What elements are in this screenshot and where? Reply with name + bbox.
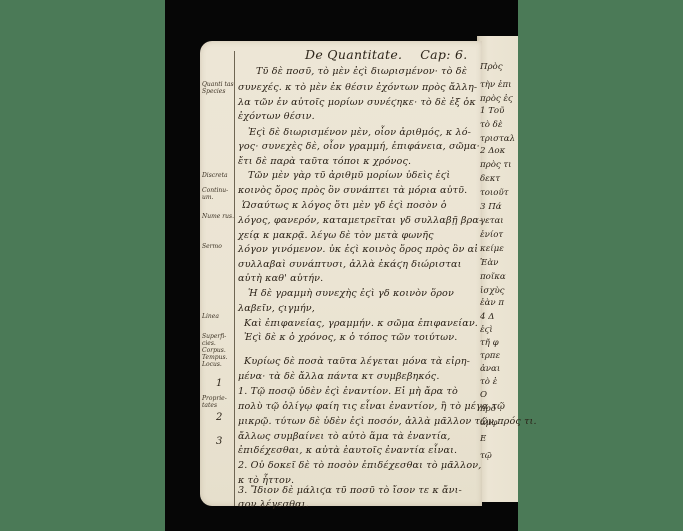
text-line: συλλαβαὶ συνάπτυσι, ἀλλὰ ἑκάϛη διώρισται [238, 259, 462, 270]
text-line: Τῶν μὲν γὰρ τῦ ἀριθμῦ μορίων ὐδεὶς ἐϛὶ [248, 170, 450, 181]
margin-note: Proprie­ tates [202, 395, 234, 409]
facing-text-line: κείμε [480, 244, 516, 254]
facing-text-line: Πρὸς [480, 62, 516, 72]
heading-title: De Quantitate. [305, 47, 402, 62]
margin-note: Superfi­ cies. Corpus. Tempus. Locus. [202, 333, 234, 368]
text-line: Ἐϛὶ δὲ κ ὁ χρόνος, κ ὁ τόπος τῶν τοιύτων… [244, 332, 457, 343]
facing-text-line: Ο [480, 390, 516, 400]
text-line: 2. Οὐ δοκεῖ δὲ τὸ ποσὸν ἐπιδέχεσθαι τὸ μ… [238, 460, 481, 471]
margin-rule [234, 51, 235, 506]
facing-text-line: ἐὰν π [480, 298, 516, 308]
margin-note: Sermo [202, 243, 234, 250]
text-line: Ἡ δὲ γραμμὴ συνεχὴς ἐϛὶ γδ κοινὸν ὅρον [248, 288, 454, 299]
text-line: λαβεῖν, ϛιγμήν, [238, 303, 315, 314]
page-heading: De Quantitate.Cap: 6. [305, 47, 468, 62]
text-line: σον λέγεσθαι. [238, 499, 309, 510]
text-line: ἄλλως συμβαίνει τὸ αὐτὸ ἅμα τὰ ἐναντία, [238, 431, 450, 442]
facing-text-line: ἰσχὺς [480, 286, 516, 296]
text-line: κοινὸς ὅρος πρὸς ὃν συνάπτει τὰ μόρια αὐ… [238, 185, 467, 196]
facing-text-line: τὸ δὲ [480, 120, 516, 130]
manuscript-page: De Quantitate.Cap: 6. Quanti­ tas Specie… [200, 41, 482, 506]
margin-note: Nume­ rus. [202, 213, 234, 220]
facing-text-line: τρισταλ [480, 134, 516, 144]
facing-text-line: ἐϛὶ [480, 325, 516, 335]
margin-note: Quanti­ tas Species [202, 81, 234, 95]
text-line: πολὺ τῷ ὀλίγῳ φαίη τις εἶναι ἐναντίον, ἢ… [238, 401, 505, 412]
text-line: Τῦ δὲ ποσῦ, τὸ μὲν ἐϛὶ διωρισμένον· τὸ δ… [256, 66, 467, 77]
text-line: μένα· τὰ δὲ ἄλλα πάντα κτ συμβεβηκός. [238, 371, 440, 382]
text-line: Κυρίως δὲ ποσὰ ταῦτα λέγεται μόνα τὰ εἰρ… [244, 356, 470, 367]
facing-text-line: 2 Δοκ [480, 146, 516, 156]
facing-text-line: πρὸς ἐϛ [480, 94, 516, 104]
text-line: Ἐϛὶ δὲ διωρισμένον μὲν, οἷον ἀριθμός, κ … [248, 127, 471, 138]
facing-text-line: Ε [480, 434, 516, 444]
facing-text-line: τρπε [480, 351, 516, 361]
facing-text-line: γεται [480, 216, 516, 226]
text-line: γος· συνεχὲς δὲ, οἷον γραμμή, ἐπιφάνεια,… [238, 141, 480, 152]
margin-note: Discreta [202, 172, 234, 179]
text-line: λόγος, φανερόν, καταμετρεῖται γδ συλλαβῇ… [238, 215, 482, 226]
margin-number: 3 [216, 436, 222, 447]
text-line: συνεχές. κ τὸ μὲν ἐκ θέσιν ἐχόντων πρὸς … [238, 82, 477, 93]
facing-text-line: τῆ φ [480, 338, 516, 348]
heading-chapter: Cap: 6. [420, 47, 467, 62]
margin-note: Linea [202, 313, 234, 320]
facing-text-line: τῷ [480, 451, 516, 461]
text-line: ἔτι δὲ παρὰ ταῦτα τόποι κ χρόνος. [238, 156, 411, 167]
text-line: ἐπιδέχεσθαι, κ αὐτὰ ἑαυτοῖς ἐναντία εἶνα… [238, 445, 457, 456]
text-line: λόγον γινόμενον. ὐκ ἐϛὶ κοινὸς ὅρος πρὸς… [238, 244, 478, 255]
facing-text-line: δεκτ [480, 174, 516, 184]
text-line: ἐχόντων θέσιν. [238, 111, 315, 122]
text-line: λα τῶν ἐν αὐτοῖς μορίων συνέϛηκε· τὸ δὲ … [238, 97, 476, 108]
facing-text-line: Ἐὰν [480, 258, 516, 268]
facing-text-line: 1 Τοῦ [480, 106, 516, 116]
text-line: Καὶ ἐπιφανείας, γραμμήν. κ σῶμα ἐπιφανεί… [244, 318, 478, 329]
facing-text-line: πρὸς τι [480, 160, 516, 170]
facing-text-line: 4 Δ [480, 312, 516, 322]
facing-text-line: 3 Πά [480, 202, 516, 212]
margin-number: 1 [216, 378, 222, 389]
text-line: 1. Τῷ ποσῷ ὐδὲν ἐϛὶ ἐναντίον. Εἰ μὴ ἄρα … [238, 386, 458, 397]
text-line: Ὡσαύτως κ λόγος ὅτι μὲν γδ ἐϛὶ ποσὸν ὁ [242, 200, 447, 211]
facing-text-line: πρὸ [480, 404, 516, 414]
facing-text-line: ἐνίοτ [480, 230, 516, 240]
facing-text-line: τοιοῦτ [480, 188, 516, 198]
facing-text-line: ἀναι [480, 364, 516, 374]
facing-text-line: τὴν ἐπι [480, 80, 516, 90]
text-line: 3. Ἴδιον δὲ μάλιϛα τῦ ποσῦ τὸ ἴσον τε κ … [238, 485, 462, 496]
text-line: χείᾳ κ μακρᾷ. λέγω δὲ τὸν μετὰ φωνῆς [238, 230, 434, 241]
text-line: αὐτὴ καθ' αὑτήν. [238, 273, 323, 284]
margin-number: 2 [216, 412, 222, 423]
margin-note: Continu­ um. [202, 187, 234, 201]
facing-text-line: ἀμφ [480, 418, 516, 428]
facing-text-line: τὸ ἑ [480, 377, 516, 387]
facing-text-line: ποῖκα [480, 272, 516, 282]
